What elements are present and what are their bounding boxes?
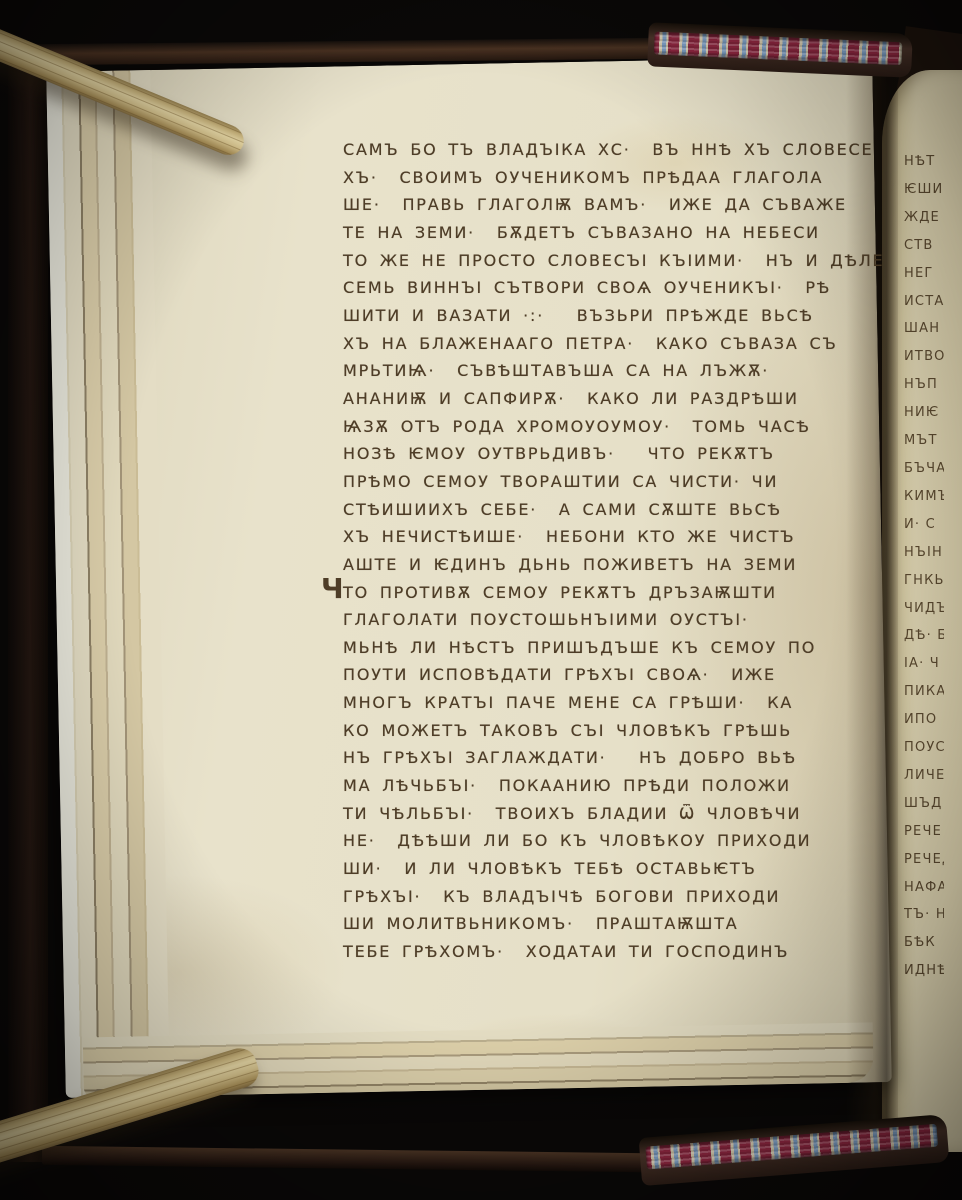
manuscript-text-block: САМЪ БО ТЪ ВЛАДЪІКА ХС· ВЪ ННѢ ХЪ СЛОВЕС… bbox=[343, 136, 895, 966]
text-line: НЕ· ДѢѢШИ ЛИ БО КЪ ЧЛОВѢКОУ ПРИХОДИ bbox=[343, 827, 895, 855]
fragment-line: ІА· Ч bbox=[904, 650, 944, 678]
text-line: ШИ· И ЛИ ЧЛОВѢКЪ ТЕБѢ ОСТАВЬѤТЪ bbox=[343, 855, 895, 883]
text-line: НОЗѢ ѤМОУ ОУТВРЬДИВЪ· ЧТО РЕКѪТЪ bbox=[343, 440, 895, 468]
text-line: ТО ПРОТИВѪ СЕМОУ РЕКѪТЪ ДРЪЗАѬШТИ bbox=[343, 579, 895, 607]
fragment-line: ѤШИ bbox=[904, 176, 944, 204]
text-line: САМЪ БО ТЪ ВЛАДЪІКА ХС· ВЪ ННѢ ХЪ СЛОВЕС… bbox=[343, 136, 895, 164]
fragment-line: БЪЧА bbox=[904, 455, 944, 483]
fragment-line: ИПО bbox=[904, 706, 944, 734]
right-page-text-fragments: НѢТѤШИЖДЕСТВНЕГИСТАШАНИТВОНЪПНИѤМЪТБЪЧАК… bbox=[904, 148, 944, 1088]
text-line: ПОУТИ ИСПОВѢДАТИ ГРѢХЪІ СВОѦ· ИЖЕ bbox=[343, 661, 895, 689]
fragment-line: И· С bbox=[904, 511, 944, 539]
text-line: ШЕ· ПРАВЬ ГЛАГОЛѬ ВАМЪ· ИЖЕ ДА СЪВАЖЕ bbox=[343, 191, 895, 219]
text-line: СТѢИШИИХЪ СЕБЕ· А САМИ СѪШТЕ ВЬСѢ bbox=[343, 496, 895, 524]
text-line: ТЕБЕ ГРѢХОМЪ· ХОДАТАИ ТИ ГОСПОДИНЪ bbox=[343, 938, 895, 966]
text-line: СЕМЬ ВИННЪІ СЪТВОРИ СВОѦ ОУЧЕНИКЪІ· РѢ bbox=[343, 274, 895, 302]
fragment-line: ИСТА bbox=[904, 288, 944, 316]
fragment-line: ЧИДЪ bbox=[904, 595, 944, 623]
text-line: ХЪ· СВОИМЪ ОУЧЕНИКОМЪ ПРѢДАА ГЛАГОЛА bbox=[343, 164, 895, 192]
text-line: ХЪ НА БЛАЖЕНААГО ПЕТРА· КАКО СЪВАЗА СЪ bbox=[343, 330, 895, 358]
fragment-line: МЪТ bbox=[904, 427, 944, 455]
fragment-line: ШЪД bbox=[904, 790, 944, 818]
fragment-line: ИТВО bbox=[904, 343, 944, 371]
fragment-line: НѢТ bbox=[904, 148, 944, 176]
text-line: ТИ ЧѢЛЬБЪІ· ТВОИХЪ БЛАДИИ Ѿ ЧЛОВѢЧИ bbox=[343, 800, 895, 828]
text-line: ШИ МОЛИТВЬНИКОМЪ· ПРАШТАѬШТА bbox=[343, 910, 895, 938]
text-line: ХЪ НЕЧИСТѢИШЕ· НЕБОНИ КТО ЖЕ ЧИСТЪ bbox=[343, 523, 895, 551]
fragment-line: ЖДЕ bbox=[904, 204, 944, 232]
fragment-line: НЪП bbox=[904, 371, 944, 399]
text-line: ѨЗѪ ОТЪ РОДА ХРОМОУОУМОУ· ТОМЬ ЧАСѢ bbox=[343, 413, 895, 441]
text-line: МА ЛѢЧЬБЪІ· ПОКААНИЮ ПРѢДИ ПОЛОЖИ bbox=[343, 772, 895, 800]
fragment-line: НАФА bbox=[904, 874, 944, 902]
text-line: АШТЕ И ѤДИНЪ ДЬНЬ ПОЖИВЕТЪ НА ЗЕМИ bbox=[343, 551, 895, 579]
fragment-line: НЪІН bbox=[904, 539, 944, 567]
text-line: КО МОЖЕТЪ ТАКОВЪ СЪІ ЧЛОВѢКЪ ГРѢШЬ bbox=[343, 717, 895, 745]
headband-bottom bbox=[639, 1114, 950, 1186]
fragment-line: БѢК bbox=[904, 929, 944, 957]
text-line: ГРѢХЪІ· КЪ ВЛАДЪІЧѢ БОГОВИ ПРИХОДИ bbox=[343, 883, 895, 911]
fragment-line: ТЪ· Н bbox=[904, 901, 944, 929]
fragment-line: СТВ bbox=[904, 232, 944, 260]
text-line: ТЕ НА ЗЕМИ· БѪДЕТЪ СЪВАЗАНО НА НЕБЕСИ bbox=[343, 219, 895, 247]
text-line: ШИТИ И ВАЗАТИ ·:· ВЪЗЬРИ ПРѢЖДЕ ВЬСѢ bbox=[343, 302, 895, 330]
fragment-line: НЕГ bbox=[904, 260, 944, 288]
margin-initial-letter: Ч bbox=[321, 572, 344, 605]
text-line: ГЛАГОЛАТИ ПОУСТОШЬНЪІИМИ ОУСТЪІ· bbox=[343, 606, 895, 634]
fragment-line: ИДНѢ bbox=[904, 957, 944, 985]
text-line: ТО ЖЕ НЕ ПРОСТО СЛОВЕСЪІ КЪІИМИ· НЪ И ДѢ… bbox=[343, 247, 895, 275]
fragment-line: КИМЪ bbox=[904, 483, 944, 511]
text-line: МРЬТИѨ· СЪВѢШТАВЪША СА НА ЛЪЖѪ· bbox=[343, 357, 895, 385]
manuscript-photo: НѢТѤШИЖДЕСТВНЕГИСТАШАНИТВОНЪПНИѤМЪТБЪЧАК… bbox=[0, 0, 962, 1200]
text-line: МЬНѢ ЛИ НѢСТЪ ПРИШЪДЪШЕ КЪ СЕМОУ ПО bbox=[343, 634, 895, 662]
page-edge-layers-left bbox=[46, 70, 170, 1098]
text-line: МНОГЪ КРАТЪІ ПАЧЕ МЕНЕ СА ГРѢШИ· КА bbox=[343, 689, 895, 717]
text-line: НЪ ГРѢХЪІ ЗАГЛАЖДАТИ· НЪ ДОБРО ВЬѢ bbox=[343, 744, 895, 772]
fragment-line: ДѢ· Б bbox=[904, 622, 944, 650]
fragment-line: РЕЧЕД bbox=[904, 846, 944, 874]
fragment-line: ПОУС bbox=[904, 734, 944, 762]
text-line: ПРѢМО СЕМОУ ТВОРАШТИИ СА ЧИСТИ· ЧИ bbox=[343, 468, 895, 496]
fragment-line: РЕЧЕ bbox=[904, 818, 944, 846]
fragment-line: ПИКА bbox=[904, 678, 944, 706]
fragment-line: ШАН bbox=[904, 315, 944, 343]
text-line: АНАНИѬ И САПФИРѪ· КАКО ЛИ РАЗДРѢШИ bbox=[343, 385, 895, 413]
fragment-line: ГНКЬ bbox=[904, 567, 944, 595]
book-cover-edge-left bbox=[8, 50, 48, 1162]
fragment-line: НИѤ bbox=[904, 399, 944, 427]
book-cover-edge-bottom bbox=[42, 1146, 722, 1173]
fragment-line: ЛИЧЕ bbox=[904, 762, 944, 790]
